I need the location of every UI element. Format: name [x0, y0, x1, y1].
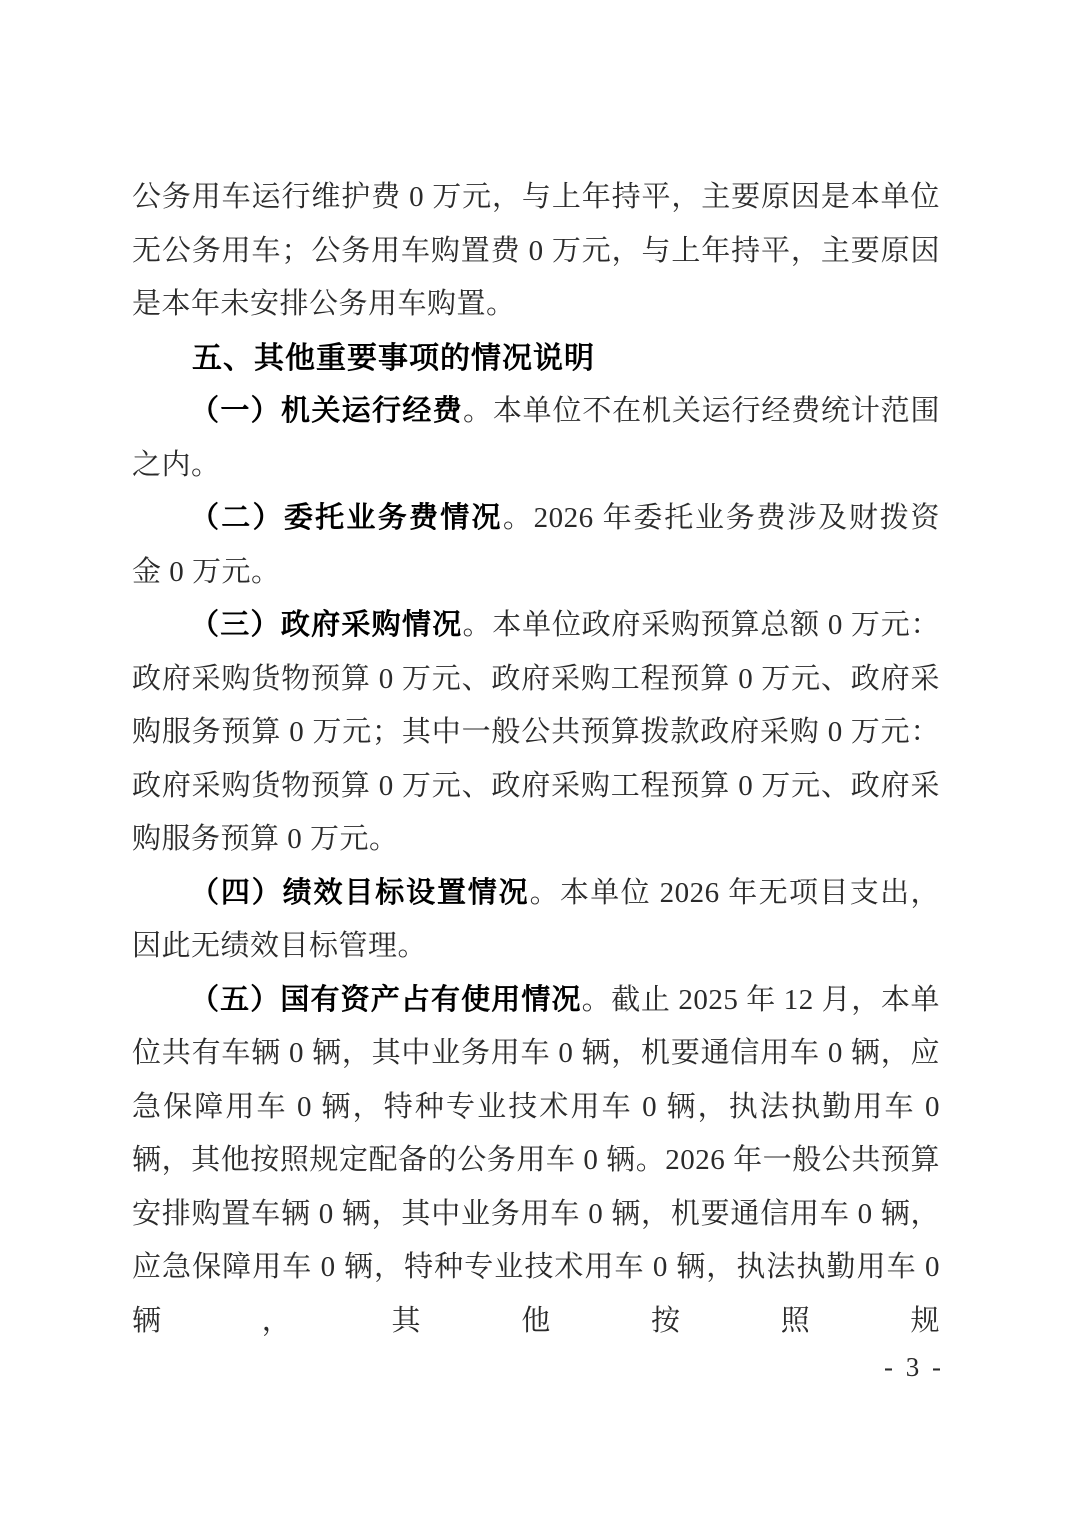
- item-3-lead: （三）政府采购情况: [190, 609, 463, 641]
- list-item-3: （三）政府采购情况。本单位政府采购预算总额 0 万元：政府采购货物预算 0 万元…: [132, 599, 940, 867]
- item-1-lead: （一）机关运行经费: [190, 395, 463, 427]
- list-item-2: （二）委托业务费情况。2026 年委托业务费涉及财拨资金 0 万元。: [132, 492, 940, 599]
- list-item-1: （一）机关运行经费。本单位不在机关运行经费统计范围之内。: [132, 385, 940, 492]
- document-page: 公务用车运行维护费 0 万元，与上年持平，主要原因是本单位无公务用车；公务用车购…: [0, 0, 1074, 1520]
- list-item-5: （五）国有资产占有使用情况。截止 2025 年 12 月，本单位共有车辆 0 辆…: [132, 974, 940, 1349]
- item-5-body: 。截止 2025 年 12 月，本单位共有车辆 0 辆，其中业务用车 0 辆，机…: [132, 984, 940, 1337]
- item-4-lead: （四）绩效目标设置情况: [190, 877, 530, 909]
- item-2-lead: （二）委托业务费情况: [190, 502, 503, 534]
- item-3-body: 。本单位政府采购预算总额 0 万元：政府采购货物预算 0 万元、政府采购工程预算…: [132, 609, 940, 855]
- item-5-lead: （五）国有资产占有使用情况: [190, 984, 582, 1016]
- document-content: 公务用车运行维护费 0 万元，与上年持平，主要原因是本单位无公务用车；公务用车购…: [132, 171, 940, 1348]
- list-item-4: （四）绩效目标设置情况。本单位 2026 年无项目支出，因此无绩效目标管理。: [132, 867, 940, 974]
- section-heading: 五、其他重要事项的情况说明: [132, 332, 940, 386]
- paragraph-continuation: 公务用车运行维护费 0 万元，与上年持平，主要原因是本单位无公务用车；公务用车购…: [132, 171, 940, 332]
- page-number: - 3 -: [884, 1352, 944, 1383]
